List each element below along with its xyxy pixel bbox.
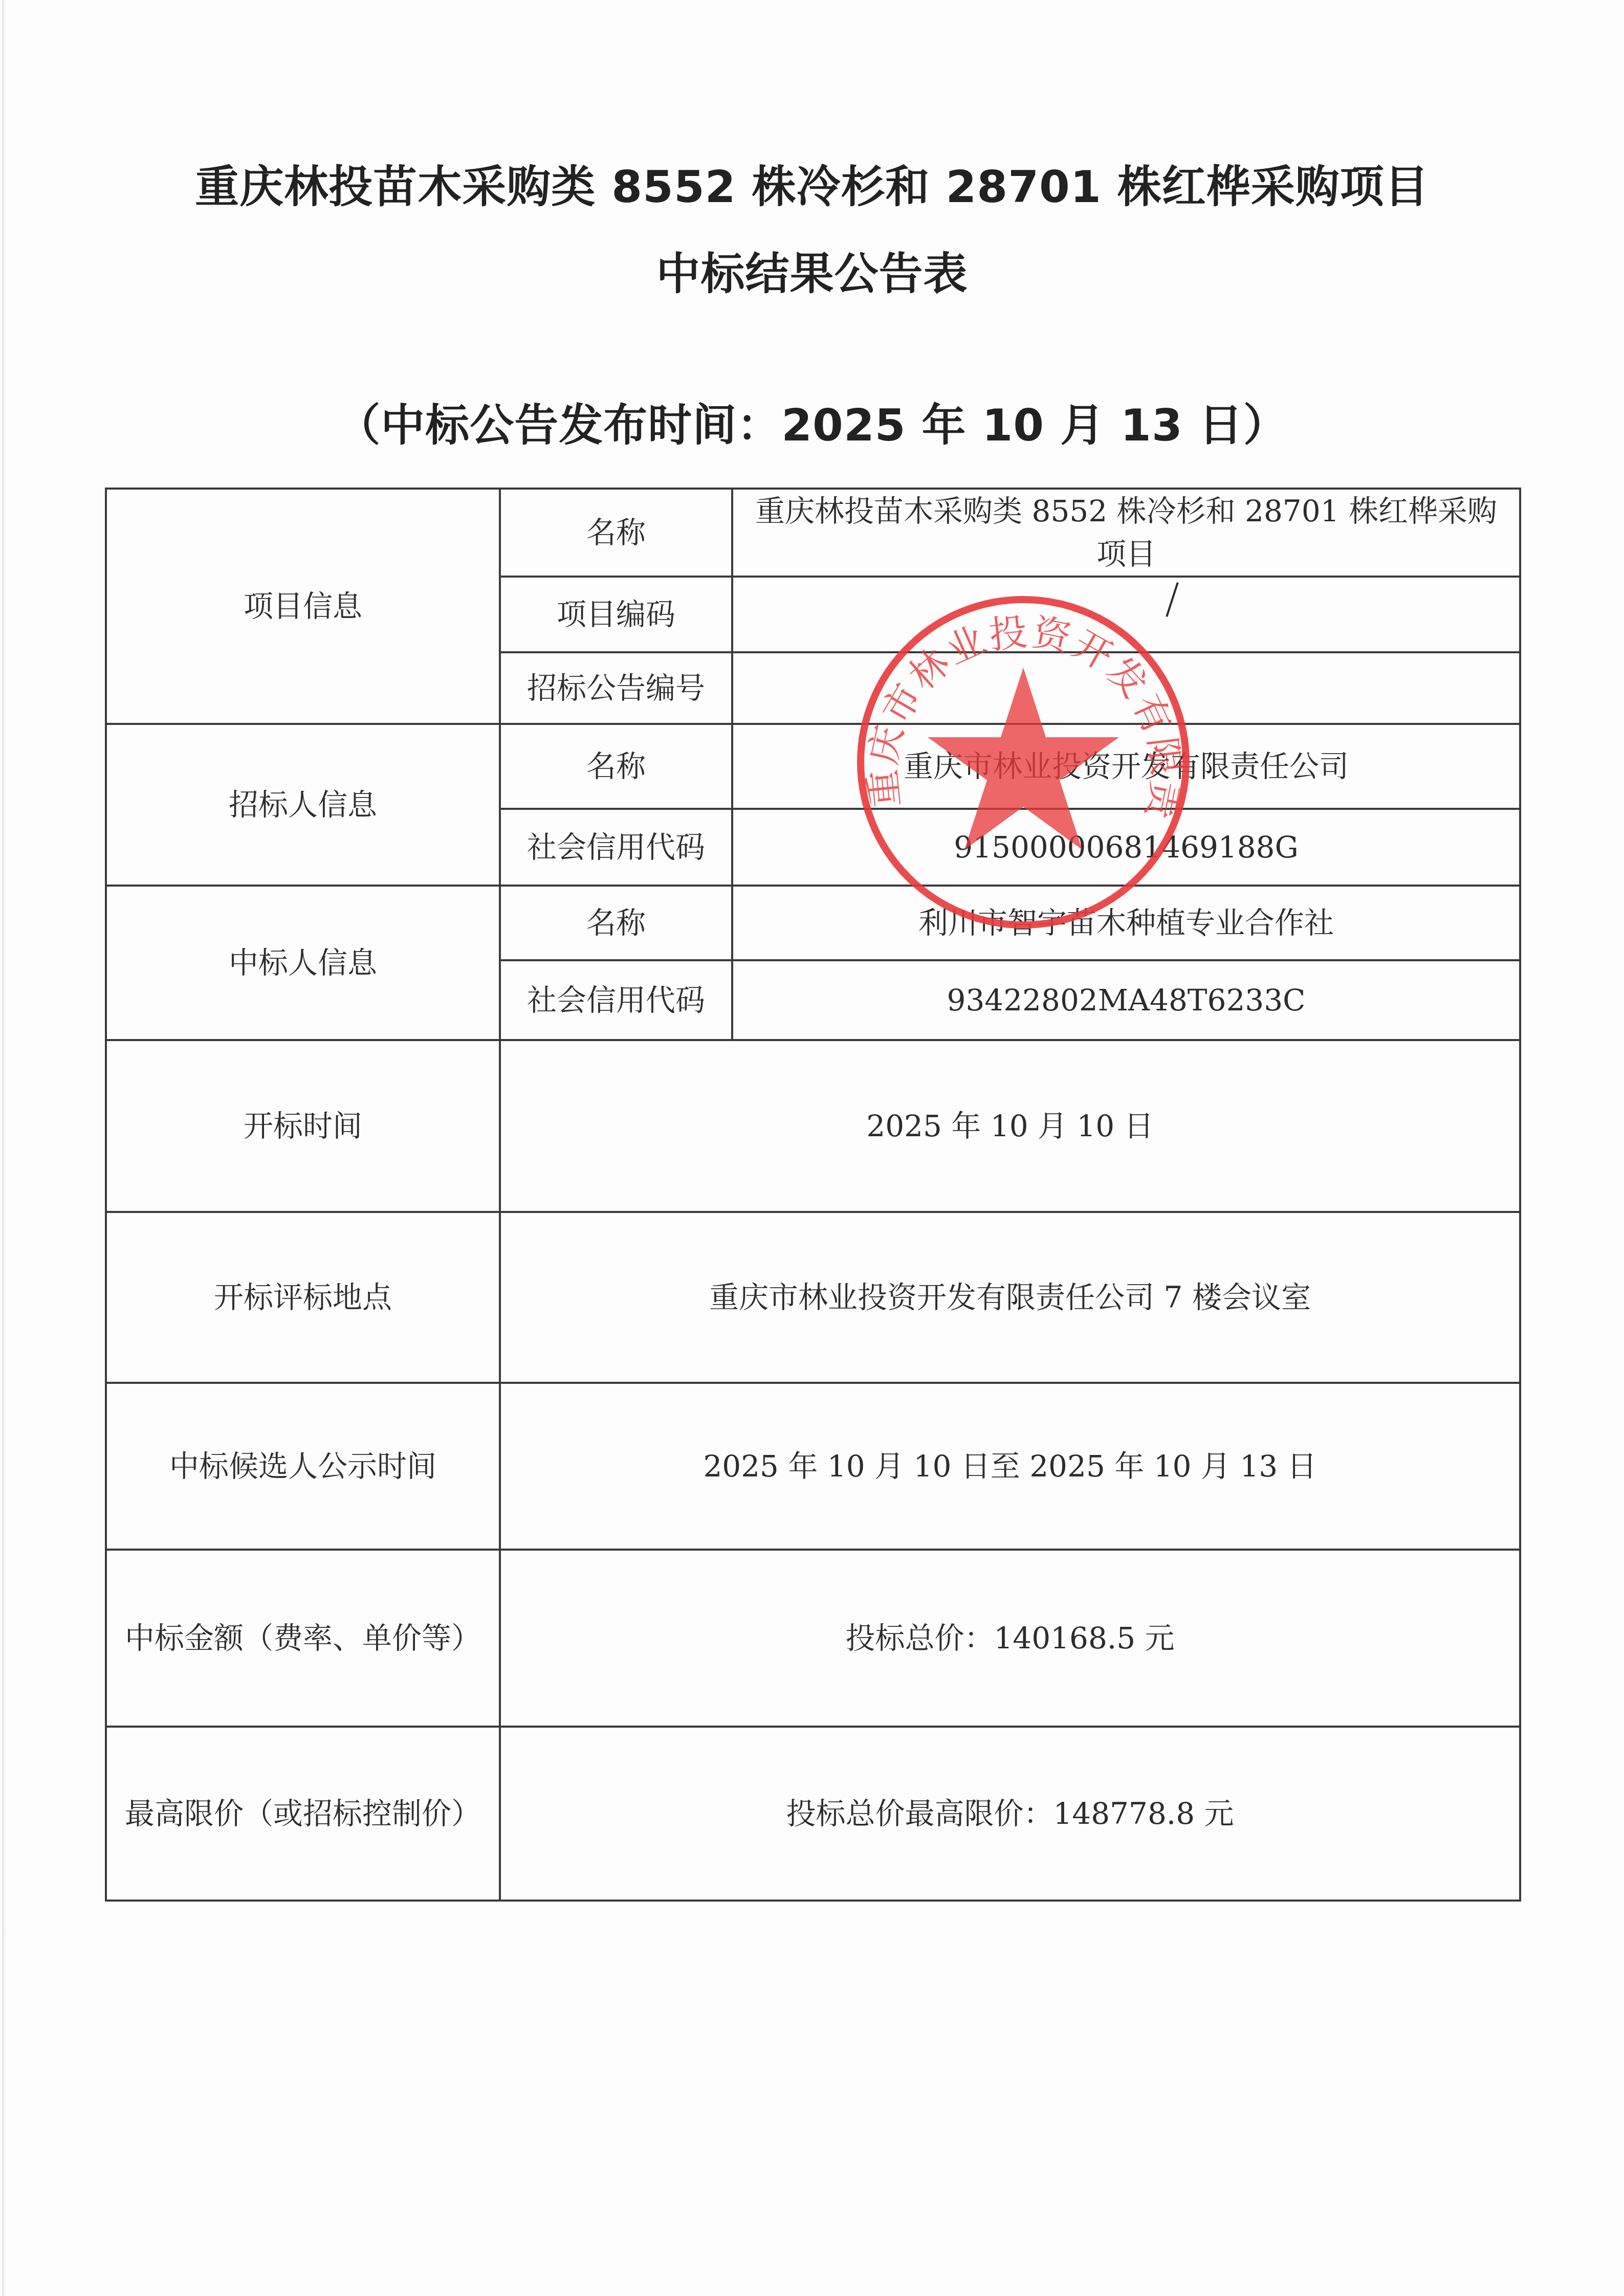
winner-credit-code-value: 93422802MA48T6233C (732, 960, 1520, 1040)
tenderer-credit-code-label: 社会信用代码 (500, 809, 732, 886)
announcement-no-label: 招标公告编号 (500, 652, 732, 724)
publish-date-line: （中标公告发布时间：2025 年 10 月 13 日） (0, 390, 1624, 453)
tenderer-name-label: 名称 (500, 724, 732, 809)
publicity-period-label: 中标候选人公示时间 (106, 1383, 500, 1550)
project-code-value (732, 577, 1520, 652)
winner-info-label: 中标人信息 (106, 886, 500, 1040)
table-row: 中标候选人公示时间 2025 年 10 月 10 日至 2025 年 10 月 … (106, 1383, 1520, 1550)
tenderer-credit-code-value: 91500000681469188G (732, 809, 1520, 886)
table-row: 中标人信息 名称 利川市智宇苗木种植专业合作社 (106, 886, 1520, 960)
table-row: 最高限价（或招标控制价） 投标总价最高限价：148778.8 元 (106, 1727, 1520, 1901)
winning-amount-label: 中标金额（费率、单价等） (106, 1550, 500, 1727)
winner-credit-code-label: 社会信用代码 (500, 960, 732, 1040)
tenderer-name-value: 重庆市林业投资开发有限责任公司 (732, 724, 1520, 809)
table-row: 招标人信息 名称 重庆市林业投资开发有限责任公司 (106, 724, 1520, 809)
result-table: 项目信息 名称 重庆林投苗木采购类 8552 株冷杉和 28701 株红桦采购项… (105, 488, 1521, 1902)
opening-location-label: 开标评标地点 (106, 1212, 500, 1383)
winning-amount-value: 投标总价：140168.5 元 (500, 1550, 1520, 1727)
max-price-label: 最高限价（或招标控制价） (106, 1727, 500, 1901)
opening-time-label: 开标时间 (106, 1040, 500, 1212)
project-name-value: 重庆林投苗木采购类 8552 株冷杉和 28701 株红桦采购项目 (732, 489, 1520, 577)
slash-mark (1166, 582, 1178, 617)
winner-name-label: 名称 (500, 886, 732, 960)
document-title: 重庆林投苗木采购类 8552 株冷杉和 28701 株红桦采购项目 (0, 151, 1624, 215)
announcement-no-value (732, 652, 1520, 724)
opening-location-value: 重庆市林业投资开发有限责任公司 7 楼会议室 (500, 1212, 1520, 1383)
project-name-label: 名称 (500, 489, 732, 577)
document-subtitle: 中标结果公告表 (0, 238, 1624, 302)
winner-name-value: 利川市智宇苗木种植专业合作社 (732, 886, 1520, 960)
table-row: 开标评标地点 重庆市林业投资开发有限责任公司 7 楼会议室 (106, 1212, 1520, 1383)
tenderer-info-label: 招标人信息 (106, 724, 500, 886)
publicity-period-value: 2025 年 10 月 10 日至 2025 年 10 月 13 日 (500, 1383, 1520, 1550)
table-row: 项目信息 名称 重庆林投苗木采购类 8552 株冷杉和 28701 株红桦采购项… (106, 489, 1520, 577)
opening-time-value: 2025 年 10 月 10 日 (500, 1040, 1520, 1212)
table-row: 中标金额（费率、单价等） 投标总价：140168.5 元 (106, 1550, 1520, 1727)
scan-edge (2, 0, 6, 2296)
project-code-label: 项目编码 (500, 577, 732, 652)
project-info-label: 项目信息 (106, 489, 500, 724)
max-price-value: 投标总价最高限价：148778.8 元 (500, 1727, 1520, 1901)
table-row: 开标时间 2025 年 10 月 10 日 (106, 1040, 1520, 1212)
